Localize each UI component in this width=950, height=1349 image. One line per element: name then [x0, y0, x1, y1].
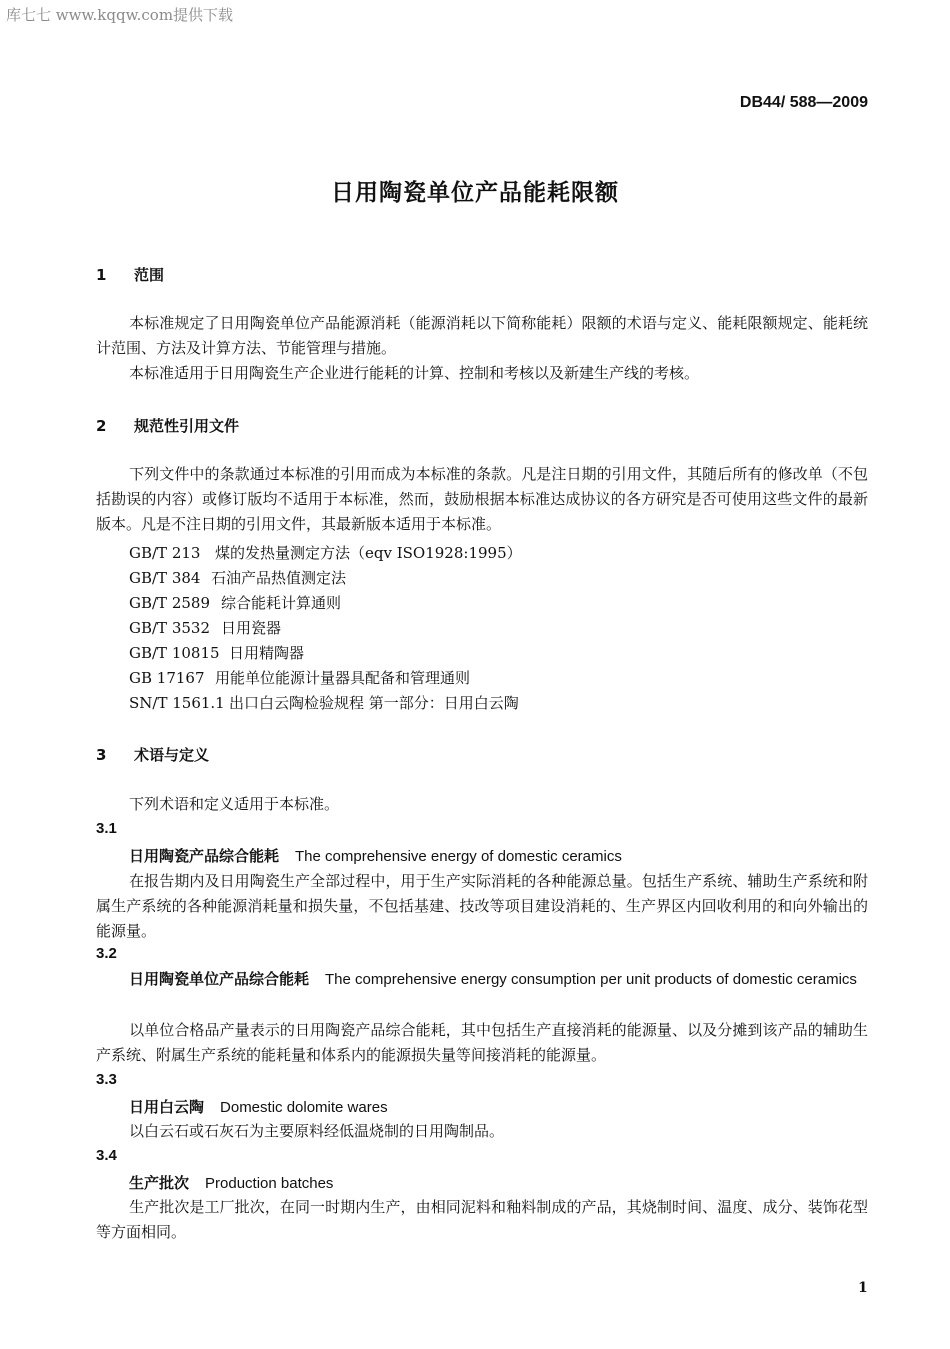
section-number: 3: [96, 746, 134, 764]
paragraph: 本标准适用于日用陶瓷生产企业进行能耗的计算、控制和考核以及新建生产线的考核。: [96, 361, 868, 386]
reference-item: GB 17167用能单位能源计量器具配备和管理通则: [129, 667, 470, 688]
term-number: 3.3: [96, 1071, 117, 1088]
reference-code: GB 17167: [129, 669, 215, 687]
reference-title: 日用瓷器: [221, 619, 281, 637]
section-number: 2: [96, 417, 134, 435]
term-heading: 生产批次Production batches: [129, 1172, 333, 1193]
term-number: 3.4: [96, 1147, 117, 1164]
term-definition: 生产批次是工厂批次，在同一时期内生产，由相同泥料和釉料制成的产品，其烧制时间、温…: [96, 1195, 868, 1245]
term-en: Domestic dolomite wares: [220, 1099, 388, 1116]
term-cn: 生产批次: [129, 1174, 189, 1192]
term-cn: 日用白云陶: [129, 1098, 204, 1116]
term-definition: 以白云石或石灰石为主要原料经低温烧制的日用陶制品。: [96, 1119, 868, 1144]
paragraph: 下列文件中的条款通过本标准的引用而成为本标准的条款。凡是注日期的引用文件，其随后…: [96, 462, 868, 537]
term-heading: 日用白云陶Domestic dolomite wares: [129, 1096, 388, 1117]
term-en: The comprehensive energy consumption per…: [325, 971, 857, 988]
reference-title: 石油产品热值测定法: [211, 569, 346, 587]
reference-title: 用能单位能源计量器具配备和管理通则: [215, 669, 470, 687]
reference-code: GB/T 3532: [129, 619, 221, 637]
reference-item: GB/T 10815日用精陶器: [129, 642, 304, 663]
section-title: 术语与定义: [134, 746, 209, 764]
reference-code: GB/T 10815: [129, 644, 229, 662]
watermark: 库七七 www.kqqw.com提供下载: [6, 4, 233, 25]
reference-title: 煤的发热量测定方法（eqv ISO1928:1995）: [215, 544, 522, 562]
term-en: The comprehensive energy of domestic cer…: [295, 848, 622, 865]
term-number: 3.1: [96, 820, 117, 837]
reference-code: GB/T 213: [129, 544, 215, 562]
reference-item: GB/T 213煤的发热量测定方法（eqv ISO1928:1995）: [129, 542, 522, 563]
term-heading: 日用陶瓷产品综合能耗The comprehensive energy of do…: [129, 845, 622, 866]
paragraph: 本标准规定了日用陶瓷单位产品能源消耗（能源消耗以下简称能耗）限额的术语与定义、能…: [96, 311, 868, 361]
reference-item: GB/T 384石油产品热值测定法: [129, 567, 346, 588]
term-en: Production batches: [205, 1175, 333, 1192]
standard-code: DB44/ 588—2009: [740, 94, 868, 112]
section-number: 1: [96, 266, 134, 284]
reference-code: SN/T 1561.1: [129, 694, 229, 712]
reference-item: SN/T 1561.1出口白云陶检验规程 第一部分：日用白云陶: [129, 692, 519, 713]
term-definition: 在报告期内及日用陶瓷生产全部过程中，用于生产实际消耗的各种能源总量。包括生产系统…: [96, 869, 868, 944]
term-heading: 日用陶瓷单位产品综合能耗The comprehensive energy con…: [96, 967, 868, 992]
reference-item: GB/T 3532日用瓷器: [129, 617, 281, 638]
reference-title: 综合能耗计算通则: [221, 594, 341, 612]
reference-code: GB/T 384: [129, 569, 211, 587]
reference-code: GB/T 2589: [129, 594, 221, 612]
section-heading-2: 2规范性引用文件: [96, 415, 239, 436]
term-cn: 日用陶瓷单位产品综合能耗: [129, 970, 309, 988]
section-heading-3: 3术语与定义: [96, 744, 209, 765]
term-number: 3.2: [96, 945, 117, 962]
reference-item: GB/T 2589综合能耗计算通则: [129, 592, 341, 613]
reference-title: 出口白云陶检验规程 第一部分：日用白云陶: [229, 694, 519, 712]
term-definition: 以单位合格品产量表示的日用陶瓷产品综合能耗，其中包括生产直接消耗的能源量、以及分…: [96, 1018, 868, 1068]
term-cn: 日用陶瓷产品综合能耗: [129, 847, 279, 865]
paragraph: 下列术语和定义适用于本标准。: [96, 792, 868, 817]
section-heading-1: 1范围: [96, 264, 164, 285]
section-title: 范围: [134, 266, 164, 284]
section-title: 规范性引用文件: [134, 417, 239, 435]
page-number: 1: [858, 1280, 868, 1296]
page-title: 日用陶瓷单位产品能耗限额: [0, 174, 950, 207]
reference-title: 日用精陶器: [229, 644, 304, 662]
